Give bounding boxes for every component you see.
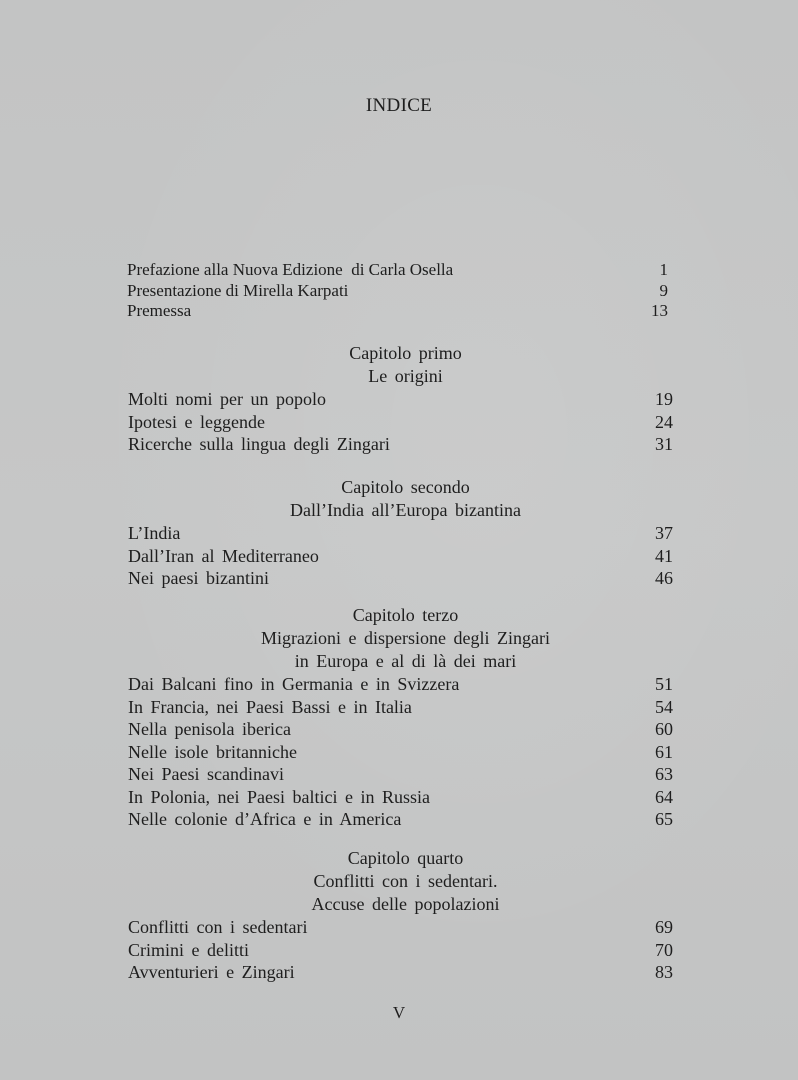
book-page: INDICE Prefazione alla Nuova Edizione di… [0,0,798,1080]
toc-entry: Crimini e delitti 70 [128,939,673,962]
toc-entry-page: 9 [638,281,668,302]
toc-entry-page: 83 [643,961,673,984]
toc-entry: Dall’Iran al Mediterraneo 41 [128,545,673,568]
page-number: V [0,1003,798,1023]
toc-entry: Presentazione di Mirella Karpati 9 [127,281,668,302]
toc-entry-label: Ricerche sulla lingua degli Zingari [128,433,390,456]
toc-entry-label: Ipotesi e leggende [128,411,265,434]
chapter-title: Le origini [128,365,673,388]
toc-entry-page: 64 [643,786,673,809]
toc-entry-page: 60 [643,718,673,741]
toc-entry-label: Nei paesi bizantini [128,567,269,590]
toc-entry-label: L’India [128,522,180,545]
chapter-4-section: Capitolo quarto Conflitti con i sedentar… [128,847,673,984]
chapter-number: Capitolo terzo [128,604,673,627]
toc-entry-label: Nei Paesi scandinavi [128,763,284,786]
toc-entry-page: 70 [643,939,673,962]
toc-entry-page: 51 [643,673,673,696]
toc-entry: Conflitti con i sedentari 69 [128,916,673,939]
chapter-title: in Europa e al di là dei mari [128,650,673,673]
front-matter-list: Prefazione alla Nuova Edizione di Carla … [127,260,668,322]
toc-entry-page: 13 [638,301,668,322]
chapter-3-section: Capitolo terzo Migrazioni e dispersione … [128,604,673,831]
chapter-number: Capitolo secondo [128,476,673,499]
chapter-1-section: Capitolo primo Le origini Molti nomi per… [128,342,673,456]
toc-entry-page: 41 [643,545,673,568]
toc-entry-label: Nella penisola iberica [128,718,291,741]
toc-entry-label: Conflitti con i sedentari [128,916,307,939]
toc-entry-label: Molti nomi per un popolo [128,388,326,411]
toc-entry-label: Premessa [127,301,191,322]
toc-entry: Nelle colonie d’Africa e in America 65 [128,808,673,831]
toc-entry: Ricerche sulla lingua degli Zingari 31 [128,433,673,456]
chapter-title: Accuse delle popolazioni [128,893,673,916]
toc-entry-page: 37 [643,522,673,545]
toc-entry: Premessa 13 [127,301,668,322]
chapter-number: Capitolo primo [128,342,673,365]
toc-entry: Dai Balcani fino in Germania e in Svizze… [128,673,673,696]
toc-entry: Molti nomi per un popolo 19 [128,388,673,411]
toc-entry: Prefazione alla Nuova Edizione di Carla … [127,260,668,281]
toc-entry-label: Presentazione di Mirella Karpati [127,281,348,302]
toc-entry-label: Dall’Iran al Mediterraneo [128,545,319,568]
toc-entry: In Francia, nei Paesi Bassi e in Italia … [128,696,673,719]
toc-entry-page: 69 [643,916,673,939]
toc-entry: L’India 37 [128,522,673,545]
toc-entry-page: 31 [643,433,673,456]
toc-entry-label: Dai Balcani fino in Germania e in Svizze… [128,673,459,696]
toc-entry-page: 1 [638,260,668,281]
toc-entry: Ipotesi e leggende 24 [128,411,673,434]
toc-entry-page: 65 [643,808,673,831]
toc-entry-page: 63 [643,763,673,786]
toc-entry: Nelle isole britanniche 61 [128,741,673,764]
toc-entry: Nei paesi bizantini 46 [128,567,673,590]
toc-entry: Avventurieri e Zingari 83 [128,961,673,984]
toc-entry-label: In Polonia, nei Paesi baltici e in Russi… [128,786,430,809]
toc-entry-page: 24 [643,411,673,434]
toc-entry-label: Nelle isole britanniche [128,741,297,764]
toc-entry-label: Prefazione alla Nuova Edizione di Carla … [127,260,453,281]
chapter-title: Conflitti con i sedentari. [128,870,673,893]
toc-entry-label: In Francia, nei Paesi Bassi e in Italia [128,696,412,719]
toc-entry: In Polonia, nei Paesi baltici e in Russi… [128,786,673,809]
chapter-title: Migrazioni e dispersione degli Zingari [128,627,673,650]
page-title: INDICE [0,95,798,117]
toc-entry-page: 54 [643,696,673,719]
toc-entry-label: Avventurieri e Zingari [128,961,295,984]
toc-entry: Nei Paesi scandinavi 63 [128,763,673,786]
toc-entry-label: Nelle colonie d’Africa e in America [128,808,401,831]
chapter-2-section: Capitolo secondo Dall’India all’Europa b… [128,476,673,590]
toc-entry-page: 61 [643,741,673,764]
toc-entry: Nella penisola iberica 60 [128,718,673,741]
toc-entry-page: 46 [643,567,673,590]
chapter-title: Dall’India all’Europa bizantina [128,499,673,522]
chapter-number: Capitolo quarto [128,847,673,870]
toc-entry-label: Crimini e delitti [128,939,249,962]
toc-entry-page: 19 [643,388,673,411]
